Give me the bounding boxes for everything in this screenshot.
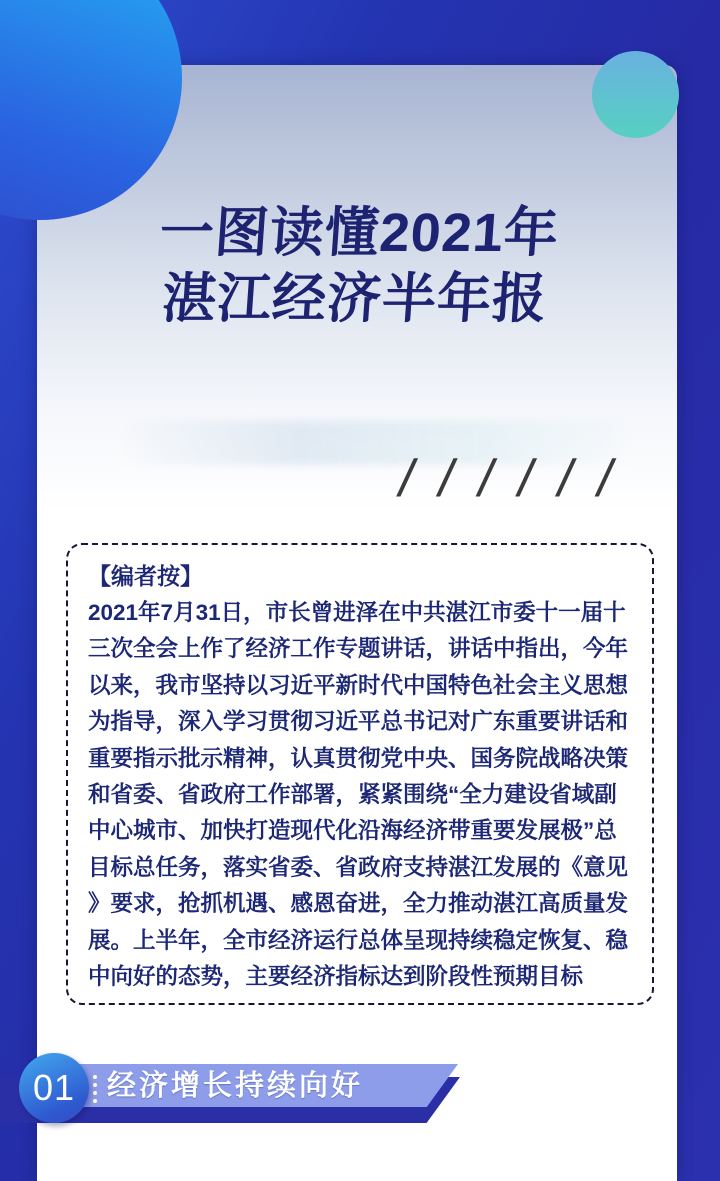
section-1-number-badge: 01 [19,1053,89,1123]
dotted-divider-icon [93,1075,97,1103]
editor-note-body: 2021年7月31日，市长曾进泽在中共湛江市委十一届十 三次全会上作了经济工作专… [88,595,638,995]
editor-note-heading: 【编者按】 [88,557,638,595]
teal-circle-icon [592,51,679,138]
section-1-title: 经济增长持续向好 [107,1064,363,1107]
infographic-page: 一图读懂2021年 湛江经济半年报 ////// 【编者按】 2021年7月31… [0,0,720,1181]
editor-note-box: 【编者按】 2021年7月31日，市长曾进泽在中共湛江市委十一届十 三次全会上作… [66,543,654,1005]
page-title: 一图读懂2021年 湛江经济半年报 [32,200,681,332]
page-title-line1: 一图读懂2021年 [158,203,561,263]
page-title-line2: 湛江经济半年报 [160,269,549,329]
slash-marks-icon: ////// [394,448,632,504]
section-1-number: 01 [33,1067,75,1109]
